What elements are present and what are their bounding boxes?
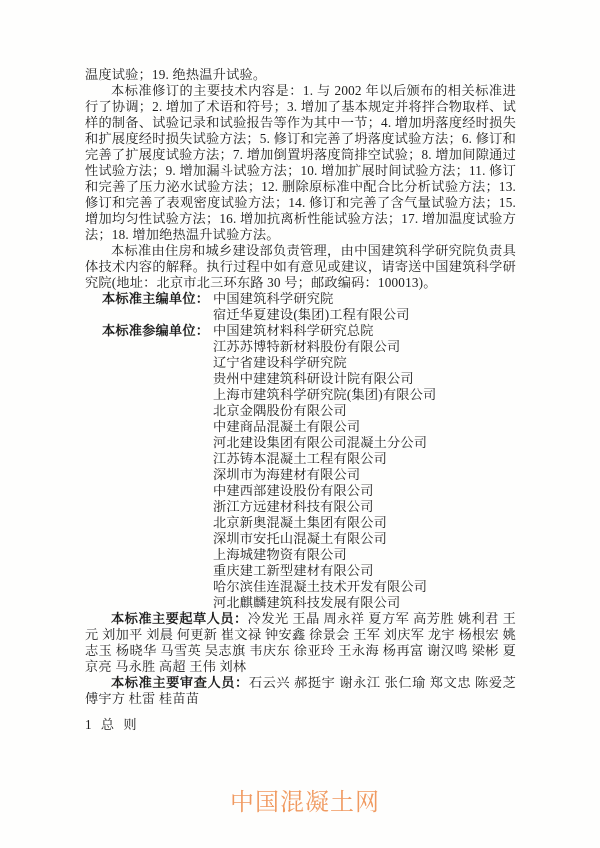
unit-name: 中建西部建设股份有限公司 <box>213 483 516 499</box>
participants-block: 本标准参编单位： 中国建筑材料科学研究总院江苏苏博特新材料股份有限公司辽宁省建设… <box>85 323 516 611</box>
reviewers-paragraph: 本标准主要审查人员：石云兴 郝挺宇 谢永江 张仁瑜 郑文忠 陈爱芝 傅宇方 杜雷… <box>85 675 516 707</box>
unit-name: 浙江方远建材科技有限公司 <box>213 499 516 515</box>
unit-name: 辽宁省建设科学研究院 <box>213 355 516 371</box>
body-text: 温度试验；19. 绝热温升试验。 本标准修订的主要技术内容是：1. 与 2002… <box>85 67 516 733</box>
unit-name: 北京金隅股份有限公司 <box>213 403 516 419</box>
participants-units: 中国建筑材料科学研究总院江苏苏博特新材料股份有限公司辽宁省建设科学研究院贵州中建… <box>213 323 516 611</box>
unit-name: 江苏苏博特新材料股份有限公司 <box>213 339 516 355</box>
unit-name: 宿迁华夏建设(集团)工程有限公司 <box>213 307 516 323</box>
document-page: 温度试验；19. 绝热温升试验。 本标准修订的主要技术内容是：1. 与 2002… <box>0 0 600 848</box>
unit-name: 中国建筑科学研究院 <box>213 291 516 307</box>
unit-name: 中建商品混凝土有限公司 <box>213 419 516 435</box>
chief-editor-block: 本标准主编单位： 中国建筑科学研究院宿迁华夏建设(集团)工程有限公司 <box>85 291 516 323</box>
unit-name: 上海市建筑科学研究院(集团)有限公司 <box>213 387 516 403</box>
paragraph-continuation: 温度试验；19. 绝热温升试验。 <box>85 67 516 83</box>
drafters-paragraph: 本标准主要起草人员：冷发光 王晶 周永祥 夏方军 高芳胜 姚利君 王元 刘加平 … <box>85 611 516 675</box>
unit-name: 深圳市安托山混凝土有限公司 <box>213 531 516 547</box>
chief-editor-label: 本标准主编单位： <box>85 291 213 323</box>
paragraph-management: 本标准由住房和城乡建设部负责管理，由中国建筑科学研究院负责具体技术内容的解释。执… <box>85 243 516 291</box>
unit-name: 中国建筑材料科学研究总院 <box>213 323 516 339</box>
unit-name: 上海城建物资有限公司 <box>213 547 516 563</box>
paragraph-revision-summary: 本标准修订的主要技术内容是：1. 与 2002 年以后颁布的相关标准进行了协调；… <box>85 83 516 243</box>
watermark: 中国混凝土网 <box>230 788 380 816</box>
chief-editor-units: 中国建筑科学研究院宿迁华夏建设(集团)工程有限公司 <box>213 291 516 323</box>
unit-name: 重庆建工新型建材有限公司 <box>213 563 516 579</box>
unit-name: 北京新奥混凝土集团有限公司 <box>213 515 516 531</box>
participants-label: 本标准参编单位： <box>85 323 213 611</box>
drafters-label: 本标准主要起草人员： <box>111 611 248 626</box>
unit-name: 江苏铸本混凝土工程有限公司 <box>213 451 516 467</box>
unit-name: 河北麒麟建筑科技发展有限公司 <box>213 595 516 611</box>
unit-name: 河北建设集团有限公司混凝土分公司 <box>213 435 516 451</box>
section-title: 1 总 则 <box>85 717 516 733</box>
unit-name: 贵州中建建筑科研设计院有限公司 <box>213 371 516 387</box>
unit-name: 哈尔滨佳连混凝土技术开发有限公司 <box>213 579 516 595</box>
reviewers-label: 本标准主要审查人员： <box>111 675 249 690</box>
unit-name: 深圳市为海建材有限公司 <box>213 467 516 483</box>
